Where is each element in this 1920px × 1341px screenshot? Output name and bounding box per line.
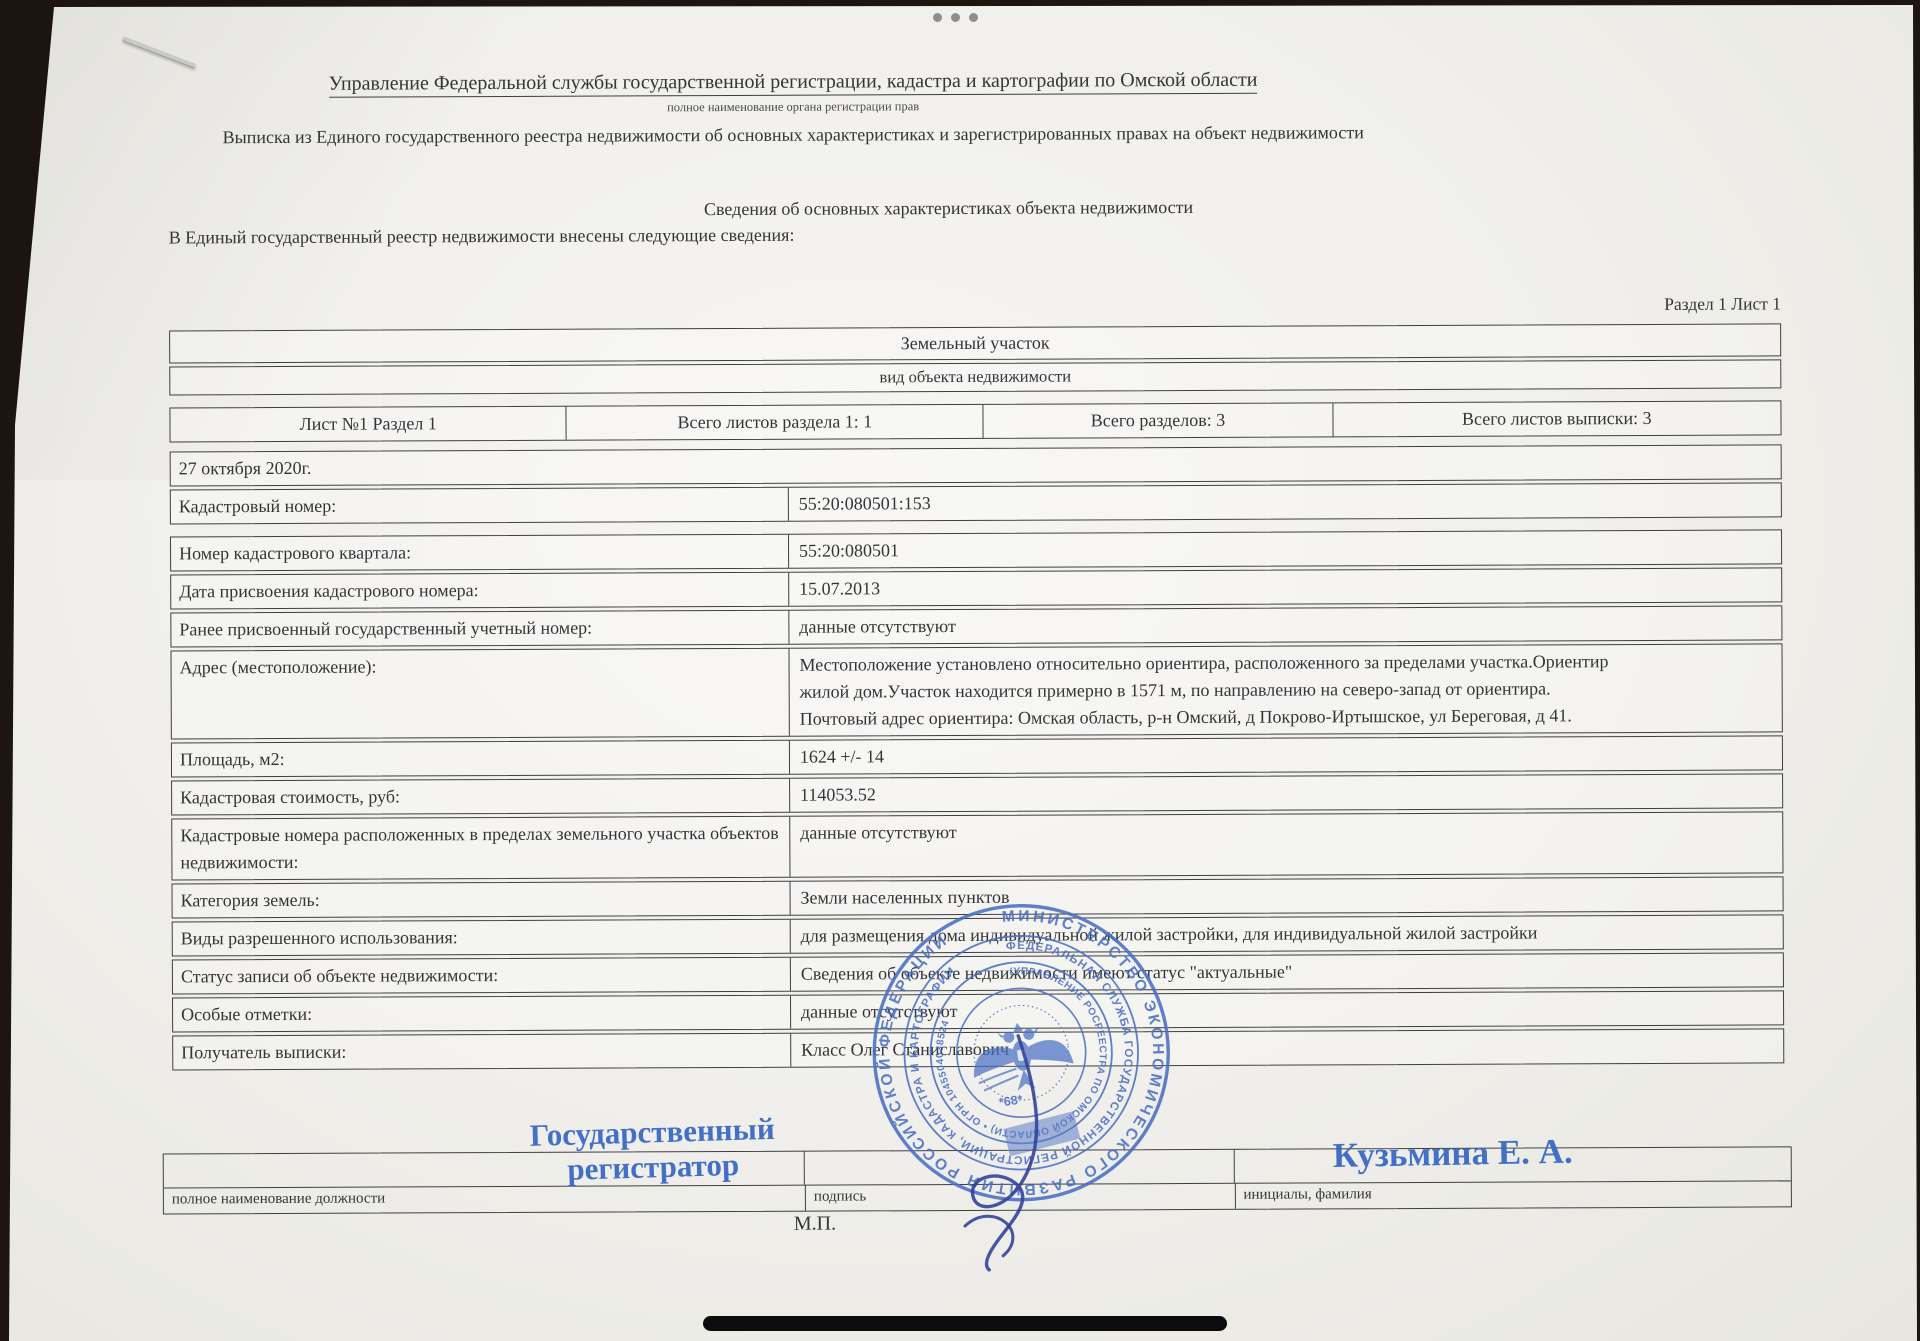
name-stamp-text: Кузьмина Е. А. xyxy=(1257,1130,1648,1177)
seal-place-mark: М.П. xyxy=(755,1212,875,1236)
authority-caption: полное наименование органа регистрации п… xyxy=(0,96,1588,118)
address-line: Почтовый адрес ориентира: Омская область… xyxy=(800,701,1772,732)
row-label: Дата присвоения кадастрового номера: xyxy=(171,572,789,608)
object-type-row: Земельный участок xyxy=(169,323,1781,363)
extract-sheets-total-cell: Всего листов выписки: 3 xyxy=(1332,401,1781,436)
row-label: Площадь, м2: xyxy=(172,740,790,776)
row-label: Статус записи об объекте недвижимости: xyxy=(173,957,791,993)
address-line: жилой дом.Участок находится примерно в 1… xyxy=(800,674,1772,705)
row-value: Местоположение установлено относительно … xyxy=(789,644,1781,735)
table-row-address: Адрес (местоположение): Местоположение у… xyxy=(170,643,1782,739)
home-indicator[interactable] xyxy=(703,1316,1227,1331)
row-label: Кадастровый номер: xyxy=(171,487,789,523)
signature xyxy=(930,1017,1121,1278)
row-label: Получатель выписки: xyxy=(173,1033,791,1069)
table-row: Дата присвоения кадастрового номера: 15.… xyxy=(170,567,1782,609)
table-row: Кадастровые номера расположенных в преде… xyxy=(171,811,1783,880)
intro-line: В Единый государственный реестр недвижим… xyxy=(169,225,795,249)
table-row: Площадь, м2: 1624 +/- 14 xyxy=(171,735,1783,777)
section-sheet-reference: Раздел 1 Лист 1 xyxy=(1379,293,1781,316)
photo-of-document: Управление Федеральной службы государств… xyxy=(0,0,1920,1341)
row-label: Ранее присвоенный государственный учетны… xyxy=(171,610,789,646)
row-value: данные отсутствуют xyxy=(790,812,1782,876)
row-label: Адрес (местоположение): xyxy=(171,648,789,738)
name-label: инициалы, фамилия xyxy=(1234,1180,1791,1208)
row-label: Кадастровая стоимость, руб: xyxy=(172,778,790,814)
sheet-number-cell: Лист №1 Раздел 1 xyxy=(170,406,566,441)
position-stamp-text: Государственный регистратор xyxy=(442,1109,864,1191)
row-label: Кадастровые номера расположенных в преде… xyxy=(172,816,790,879)
section-title: Сведения об основных характеристиках объ… xyxy=(169,195,1729,223)
extract-date-row: 27 октября 2020г. xyxy=(170,444,1782,486)
row-value: 1624 +/- 14 xyxy=(790,736,1782,773)
row-value: Земли населенных пунктов xyxy=(790,877,1782,914)
row-label: Категория земель: xyxy=(173,881,791,917)
sheet-counters-row: Лист №1 Раздел 1 Всего листов раздела 1:… xyxy=(169,400,1781,442)
dot xyxy=(969,13,978,22)
table-row: Кадастровая стоимость, руб: 114053.52 xyxy=(171,773,1783,815)
document-content: Управление Федеральной службы государств… xyxy=(0,0,1920,1341)
row-value: 15.07.2013 xyxy=(789,568,1781,605)
signature-flourish xyxy=(965,1216,1013,1256)
table-row: Ранее присвоенный государственный учетны… xyxy=(170,605,1782,647)
sections-total-cell: Всего разделов: 3 xyxy=(983,403,1332,438)
section-sheets-total-cell: Всего листов раздела 1: 1 xyxy=(566,405,983,440)
address-line: Местоположение установлено относительно … xyxy=(799,647,1771,678)
registration-authority-text: Управление Федеральной службы государств… xyxy=(329,69,1258,98)
row-value: 55:20:080501:153 xyxy=(789,483,1781,520)
table-row: Кадастровый номер: 55:20:080501:153 xyxy=(170,482,1782,524)
signature-stroke xyxy=(972,1036,1037,1270)
row-value: данные отсутствуют xyxy=(789,606,1781,643)
registration-authority-title: Управление Федеральной службы государств… xyxy=(0,67,1588,97)
table-row: Номер кадастрового квартала: 55:20:08050… xyxy=(170,529,1782,571)
row-label: Номер кадастрового квартала: xyxy=(171,534,789,570)
row-value: 114053.52 xyxy=(790,774,1782,811)
object-type-caption-row: вид объекта недвижимости xyxy=(169,359,1781,395)
document-title: Выписка из Единого государственного реес… xyxy=(0,121,1588,149)
row-label: Особые отметки: xyxy=(173,995,791,1031)
more-options-icon[interactable] xyxy=(933,13,978,22)
dot xyxy=(933,13,942,22)
dot xyxy=(951,13,960,22)
row-value: 55:20:080501 xyxy=(789,530,1781,567)
row-label: Виды разрешенного использования: xyxy=(173,919,791,955)
